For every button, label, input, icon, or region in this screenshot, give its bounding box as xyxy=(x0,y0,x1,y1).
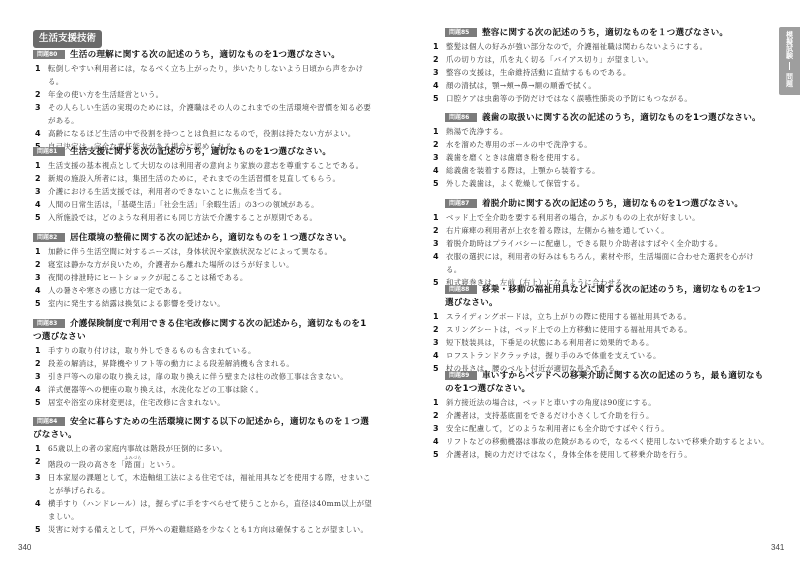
question-number-badge: 問題88 xyxy=(445,285,477,294)
answer-option: 4リフトなどの移動機器は事故の危険があるので，なるべく使用しないで移乗介助すると… xyxy=(431,435,769,448)
option-number: 4 xyxy=(433,250,439,263)
option-text: 人の暑さや寒さの感じ方は一定である。 xyxy=(48,286,186,295)
question-heading: 問題89車いすからベッドへの移乗介助に関する次の記述のうち，最も適切なものを1つ… xyxy=(431,370,767,396)
answer-option: 4顔の清拭は，顎→頬→鼻→額の順番で拭く。 xyxy=(431,79,769,92)
option-text: 災害に対する備えとして，戸外への避難経路を少なくとも1方向は確保することが望まし… xyxy=(48,525,368,534)
question-80: 問題80生活の理解に関する次の記述のうち，適切なものを1つ選びなさい。 1転倒し… xyxy=(33,49,373,153)
side-tab-label-top: 模擬試験 xyxy=(786,31,794,59)
option-text: 日本家屋の課題として，木造軸組工法による住宅では，福祉用具などを使用する際，せま… xyxy=(48,473,371,495)
option-number: 2 xyxy=(433,409,439,422)
answer-option: 4総義歯を装着する際は，上顎から装着する。 xyxy=(431,164,769,177)
option-text: 入所施設では，どのような利用者にも同じ方法で介護することが原則である。 xyxy=(48,213,317,222)
section-header: 生活支援技術 xyxy=(33,30,102,48)
option-text: 高齢になるほど生活の中で役割を持つことは負担になるので，役割は持たない方がよい。 xyxy=(48,129,355,138)
option-text: 口腔ケアは虫歯等の予防だけではなく誤嚥性肺炎の予防にもつながる。 xyxy=(446,94,692,103)
question-heading: 問題80生活の理解に関する次の記述のうち，適切なものを1つ選びなさい。 xyxy=(33,49,373,62)
answer-option: 5外した義歯は，よく乾燥して保管する。 xyxy=(431,177,769,190)
question-heading: 問題86義歯の取扱いに関する次の記述のうち，適切なものを1つ選びなさい。 xyxy=(431,112,767,125)
option-text: 熱湯で洗浄する。 xyxy=(446,127,508,136)
option-number: 2 xyxy=(433,224,439,237)
question-title: 居住環境の整備に関する次の記述から，適切なものを１つ選びなさい。 xyxy=(70,233,351,243)
ruby-base: 踏面 xyxy=(125,460,142,469)
option-number: 3 xyxy=(35,471,41,484)
answer-option: 1整髪は個人の好みが強い部分なので，介護福祉職は関わらないようにする。 xyxy=(431,40,769,53)
option-number: 1 xyxy=(433,211,439,224)
question-heading: 問題88移乗・移動の福祉用具などに関する次の記述のうち，適切なものを1つ選びなさ… xyxy=(431,284,767,310)
option-text: 転倒しやすい利用者には，なるべく立ち上がったり，歩いたりしないよう日頃から声をか… xyxy=(48,64,363,86)
option-number: 1 xyxy=(35,62,41,75)
option-text: 人間の日常生活は，「基礎生活」「社会生活」「余暇生活」の3つの領域がある。 xyxy=(48,200,319,209)
answer-option: 3義歯を磨くときは歯磨き粉を使用する。 xyxy=(431,151,769,164)
answer-option: 2スリングシートは，ベッド上での上方移動に使用する福祉用具である。 xyxy=(431,323,769,336)
answer-option: 1転倒しやすい利用者には，なるべく立ち上がったり，歩いたりしないよう日頃から声を… xyxy=(33,62,373,88)
question-title: 移乗・移動の福祉用具などに関する次の記述のうち，適切なものを1つ選びなさい。 xyxy=(445,285,761,308)
option-text: 顔の清拭は，顎→頬→鼻→額の順番で拭く。 xyxy=(446,81,596,90)
option-number: 1 xyxy=(433,40,439,53)
option-number: 3 xyxy=(35,101,41,114)
option-text: 生活支援の基本視点として大切なのは利用者の意向より家族の意志を尊重することである… xyxy=(48,161,363,170)
question-title: 安全に暮らすための生活環境に関する以下の記述から，適切なものを１つ選びなさい。 xyxy=(33,417,369,440)
answer-option: 3介護における生活支援では，利用者のできないことに焦点を当てる。 xyxy=(33,185,373,198)
answer-option: 3夜間の排泄時にヒートショックが起こることは稀である。 xyxy=(33,271,373,284)
option-text: 夜間の排泄時にヒートショックが起こることは稀である。 xyxy=(48,273,248,282)
answer-option: 5災害に対する備えとして，戸外への避難経路を少なくとも1方向は確保することが望ま… xyxy=(33,523,373,536)
answer-option: 2爪の切り方は，爪を丸く切る「バイアス切り」が望ましい。 xyxy=(431,53,769,66)
question-title: 生活の理解に関する次の記述のうち，適切なものを1つ選びなさい。 xyxy=(70,50,340,60)
option-number: 2 xyxy=(35,258,41,271)
answer-option: 3その人らしい生活の実現のためには，介護職はその人のこれまでの生活環境や習慣を知… xyxy=(33,101,373,127)
option-text: スライディングボードは，立ち上がりの際に使用する福祉用具である。 xyxy=(446,312,691,321)
option-number: 2 xyxy=(35,357,41,370)
question-number-badge: 問題84 xyxy=(33,417,65,426)
answer-option: 4高齢になるほど生活の中で役割を持つことは負担になるので，役割は持たない方がよい… xyxy=(33,127,373,140)
option-number: 1 xyxy=(35,344,41,357)
option-text: 整髪は個人の好みが強い部分なので，介護福祉職は関わらないようにする。 xyxy=(446,42,707,51)
option-text: 義歯を磨くときは歯磨き粉を使用する。 xyxy=(446,153,584,162)
option-number: 3 xyxy=(35,370,41,383)
option-text: ベッド上で全介助を要する利用者の場合，かぶりものの上衣が好ましい。 xyxy=(446,213,700,222)
option-number: 2 xyxy=(433,53,439,66)
question-85: 問題85整容に関する次の記述のうち，適切なものを１つ選びなさい。 1整髪は個人の… xyxy=(431,27,769,105)
answer-option: 1スライディングボードは，立ち上がりの際に使用する福祉用具である。 xyxy=(431,310,769,323)
option-text: 年金の使い方を生活経営という。 xyxy=(48,90,163,99)
option-text: 65歳以上の者の家庭内事故は階段が圧倒的に多い。 xyxy=(48,444,227,453)
page-number: 341 xyxy=(771,543,784,552)
answer-option: 3日本家屋の課題として，木造軸組工法による住宅では，福祉用具などを使用する際，せ… xyxy=(33,471,373,497)
option-text: リフトなどの移動機器は事故の危険があるので，なるべく使用しないで移乗介助するとよ… xyxy=(446,437,769,446)
option-number: 3 xyxy=(433,422,439,435)
option-number: 2 xyxy=(35,172,41,185)
option-text: 安全に配慮して，どのような利用者にも全介助ですばやく行う。 xyxy=(446,424,669,433)
question-heading: 問題85整容に関する次の記述のうち，適切なものを１つ選びなさい。 xyxy=(431,27,767,40)
question-number-badge: 問題87 xyxy=(445,199,477,208)
answer-option: 1加齢に伴う生活空間に対するニーズは，身体状況や家族状況などによって異なる。 xyxy=(33,245,373,258)
option-text: 洋式便器等への便座の取り換えは，水洗化などの工事は除く。 xyxy=(48,385,263,394)
option-number: 1 xyxy=(433,310,439,323)
answer-option: 3安全に配慮して，どのような利用者にも全介助ですばやく行う。 xyxy=(431,422,769,435)
option-number: 1 xyxy=(35,245,41,258)
right-page: 問題85整容に関する次の記述のうち，適切なものを１つ選びなさい。 1整髪は個人の… xyxy=(400,0,800,564)
option-text-post: 」という。 xyxy=(141,460,179,469)
question-heading: 問題83介護保険制度で利用できる住宅改修に関する次の記述から，適切なものを1つ選… xyxy=(33,318,373,344)
option-number: 3 xyxy=(35,271,41,284)
answer-option: 2新規の施設入所者には，集団生活のために，それまでの生活習慣を見直してもらう。 xyxy=(33,172,373,185)
question-title: 義歯の取扱いに関する次の記述のうち，適切なものを1つ選びなさい。 xyxy=(482,113,761,123)
option-text: 斜方接近法の場合は，ベッドと車いすの角度は90度にする。 xyxy=(446,398,656,407)
option-text: 外した義歯は，よく乾燥して保管する。 xyxy=(446,179,584,188)
question-title: 介護保険制度で利用できる住宅改修に関する次の記述から，適切なものを1つ選びなさい xyxy=(33,319,366,342)
question-title: 着脱介助に関する次の記述のうち，適切なものを1つ選びなさい。 xyxy=(482,199,743,209)
chapter-side-tab: 模擬試験 問題 xyxy=(779,27,800,95)
answer-option: 2介護者は，支持基底面をできるだけ小さくして介助を行う。 xyxy=(431,409,769,422)
option-number: 1 xyxy=(433,125,439,138)
option-number: 5 xyxy=(35,523,41,536)
left-page: 生活支援技術 問題80生活の理解に関する次の記述のうち，適切なものを1つ選びなさ… xyxy=(0,0,400,564)
option-text: 加齢に伴う生活空間に対するニーズは，身体状況や家族状況などによって異なる。 xyxy=(48,247,332,256)
option-number: 1 xyxy=(35,442,41,455)
option-text: スリングシートは，ベッド上での上方移動に使用する福祉用具である。 xyxy=(446,325,692,334)
option-text: 室内に発生する結露は換気による影響を受けない。 xyxy=(48,299,225,308)
option-text: 総義歯を装着する際は，上顎から装着する。 xyxy=(446,166,600,175)
question-number-badge: 問題86 xyxy=(445,113,477,122)
question-number-badge: 問題82 xyxy=(33,233,65,242)
option-number: 4 xyxy=(433,435,439,448)
question-81: 問題81生活支援に関する次の記述のうち，適切なものを1つ選びなさい。 1生活支援… xyxy=(33,146,373,224)
question-title: 整容に関する次の記述のうち，適切なものを１つ選びなさい。 xyxy=(482,28,728,38)
option-text: 寝室は静かな方が良いため，介護者から離れた場所のほうが好ましい。 xyxy=(48,260,294,269)
option-text: ロフストランドクラッチは，握り手のみで体重を支えている。 xyxy=(446,351,661,360)
option-text: 爪の切り方は，爪を丸く切る「バイアス切り」が望ましい。 xyxy=(446,55,653,64)
option-number: 2 xyxy=(35,455,41,468)
option-number: 5 xyxy=(35,396,41,409)
option-number: 2 xyxy=(433,138,439,151)
answer-option: 2右片麻痺の利用者が上衣を着る際は，左側から袖を通していく。 xyxy=(431,224,769,237)
option-text: 短下肢装具は，下垂足の状態にある利用者に効果的である。 xyxy=(446,338,654,347)
question-heading: 問題82居住環境の整備に関する次の記述から，適切なものを１つ選びなさい。 xyxy=(33,232,373,245)
option-text: 階段の一段の高さを「踏面ふみづら」という。 xyxy=(48,460,180,469)
question-89: 問題89車いすからベッドへの移乗介助に関する次の記述のうち，最も適切なものを1つ… xyxy=(431,370,769,461)
option-text: 手すりの取り付けは，取り外しできるものも含まれている。 xyxy=(48,346,256,355)
answer-option: 5室内に発生する結露は換気による影響を受けない。 xyxy=(33,297,373,310)
side-tab-label-bottom: 問題 xyxy=(786,73,794,87)
question-number-badge: 問題81 xyxy=(33,147,65,156)
option-number: 3 xyxy=(35,185,41,198)
option-number: 5 xyxy=(35,211,41,224)
answer-option: 165歳以上の者の家庭内事故は階段が圧倒的に多い。 xyxy=(33,442,373,455)
question-84: 問題84安全に暮らすための生活環境に関する以下の記述から，適切なものを１つ選びな… xyxy=(33,416,373,536)
question-number-badge: 問題89 xyxy=(445,371,477,380)
option-text: 右片麻痺の利用者が上衣を着る際は，左側から袖を通していく。 xyxy=(446,226,669,235)
option-number: 1 xyxy=(433,396,439,409)
option-number: 4 xyxy=(433,79,439,92)
question-87: 問題87着脱介助に関する次の記述のうち，適切なものを1つ選びなさい。 1ベッド上… xyxy=(431,198,769,289)
answer-option: 2階段の一段の高さを「踏面ふみづら」という。 xyxy=(33,455,373,471)
answer-option: 4人の暑さや寒さの感じ方は一定である。 xyxy=(33,284,373,297)
answer-option: 2段差の解消は，昇降機やリフト等の動力による段差解消機も含まれる。 xyxy=(33,357,373,370)
option-text: 着脱介助時はプライバシーに配慮し，できる限り介助者はすばやく全介助する。 xyxy=(446,239,723,248)
answer-option: 1手すりの取り付けは，取り外しできるものも含まれている。 xyxy=(33,344,373,357)
answer-option: 3引き戸等への扉の取り換えは，扉の取り換えに伴う壁または柱の改修工事は含まない。 xyxy=(33,370,373,383)
option-number: 3 xyxy=(433,151,439,164)
option-number: 3 xyxy=(433,237,439,250)
option-number: 1 xyxy=(35,159,41,172)
question-heading: 問題87着脱介助に関する次の記述のうち，適切なものを1つ選びなさい。 xyxy=(431,198,767,211)
option-number: 5 xyxy=(433,92,439,105)
answer-option: 4ロフストランドクラッチは，握り手のみで体重を支えている。 xyxy=(431,349,769,362)
question-number-badge: 問題80 xyxy=(33,50,65,59)
question-heading: 問題84安全に暮らすための生活環境に関する以下の記述から，適切なものを１つ選びな… xyxy=(33,416,373,442)
option-number: 5 xyxy=(433,448,439,461)
option-text: 介護における生活支援では，利用者のできないことに焦点を当てる。 xyxy=(48,187,286,196)
answer-option: 1ベッド上で全介助を要する利用者の場合，かぶりものの上衣が好ましい。 xyxy=(431,211,769,224)
answer-option: 5居室や浴室の床材変更は，住宅改修に含まれない。 xyxy=(33,396,373,409)
option-number: 5 xyxy=(433,177,439,190)
answer-option: 5入所施設では，どのような利用者にも同じ方法で介護することが原則である。 xyxy=(33,211,373,224)
answer-option: 3短下肢装具は，下垂足の状態にある利用者に効果的である。 xyxy=(431,336,769,349)
furigana-word: 踏面ふみづら xyxy=(125,460,141,469)
question-86: 問題86義歯の取扱いに関する次の記述のうち，適切なものを1つ選びなさい。 1熱湯… xyxy=(431,112,769,190)
answer-option: 5口腔ケアは虫歯等の予防だけではなく誤嚥性肺炎の予防にもつながる。 xyxy=(431,92,769,105)
answer-option: 4洋式便器等への便座の取り換えは，水洗化などの工事は除く。 xyxy=(33,383,373,396)
answer-option: 3整容の支援は，生命維持活動に直結するものである。 xyxy=(431,66,769,79)
option-text-pre: 階段の一段の高さを「 xyxy=(48,460,125,469)
answer-option: 4衣服の選択には，利用者の好みはもちろん，素材や形，生活場面に合わせた選択を心が… xyxy=(431,250,769,276)
option-number: 4 xyxy=(433,349,439,362)
answer-option: 1生活支援の基本視点として大切なのは利用者の意向より家族の意志を尊重することであ… xyxy=(33,159,373,172)
option-text: 整容の支援は，生命維持活動に直結するものである。 xyxy=(446,68,631,77)
option-number: 2 xyxy=(35,88,41,101)
question-number-badge: 問題83 xyxy=(33,319,65,328)
option-text: 居室や浴室の床材変更は，住宅改修に含まれない。 xyxy=(48,398,225,407)
answer-option: 5介護者は，腕の力だけではなく，身体全体を使用して移乗介助を行う。 xyxy=(431,448,769,461)
question-88: 問題88移乗・移動の福祉用具などに関する次の記述のうち，適切なものを1つ選びなさ… xyxy=(431,284,769,375)
answer-option: 2水を溜めた専用のボールの中で洗浄する。 xyxy=(431,138,769,151)
option-text: 介護者は，支持基底面をできるだけ小さくして介助を行う。 xyxy=(446,411,654,420)
answer-option: 1斜方接近法の場合は，ベッドと車いすの角度は90度にする。 xyxy=(431,396,769,409)
option-number: 3 xyxy=(433,66,439,79)
answer-option: 1熱湯で洗浄する。 xyxy=(431,125,769,138)
option-text: その人らしい生活の実現のためには，介護職はその人のこれまでの生活環境や習慣を知る… xyxy=(48,103,371,125)
option-number: 3 xyxy=(433,336,439,349)
question-83: 問題83介護保険制度で利用できる住宅改修に関する次の記述から，適切なものを1つ選… xyxy=(33,318,373,409)
question-heading: 問題81生活支援に関する次の記述のうち，適切なものを1つ選びなさい。 xyxy=(33,146,373,159)
option-number: 5 xyxy=(35,297,41,310)
answer-option: 3着脱介助時はプライバシーに配慮し，できる限り介助者はすばやく全介助する。 xyxy=(431,237,769,250)
answer-option: 2年金の使い方を生活経営という。 xyxy=(33,88,373,101)
option-number: 4 xyxy=(35,127,41,140)
option-text: 介護者は，腕の力だけではなく，身体全体を使用して移乗介助を行う。 xyxy=(446,450,692,459)
question-82: 問題82居住環境の整備に関する次の記述から，適切なものを１つ選びなさい。 1加齢… xyxy=(33,232,373,310)
option-number: 4 xyxy=(35,497,41,510)
option-number: 4 xyxy=(35,383,41,396)
ruby-reading: ふみづら xyxy=(125,455,142,460)
option-text: 引き戸等への扉の取り換えは，扉の取り換えに伴う壁または柱の改修工事は含まない。 xyxy=(48,372,348,381)
option-number: 4 xyxy=(433,164,439,177)
side-tab-divider xyxy=(789,62,790,70)
option-text: 衣服の選択には，利用者の好みはもちろん，素材や形，生活場面に合わせた選択を心がけ… xyxy=(446,252,754,274)
question-number-badge: 問題85 xyxy=(445,28,477,37)
option-text: 新規の施設入所者には，集団生活のために，それまでの生活習慣を見直してもらう。 xyxy=(48,174,340,183)
answer-option: 4人間の日常生活は，「基礎生活」「社会生活」「余暇生活」の3つの領域がある。 xyxy=(33,198,373,211)
answer-option: 4横手すり（ハンドレール）は，握らずに手をすべらせて使うことから，直径は40mm… xyxy=(33,497,373,523)
question-title: 車いすからベッドへの移乗介助に関する次の記述のうち，最も適切なものを1つ選びなさ… xyxy=(445,371,763,394)
option-number: 4 xyxy=(35,284,41,297)
option-text: 横手すり（ハンドレール）は，握らずに手をすべらせて使うことから，直径は40mm以… xyxy=(48,499,372,521)
option-number: 2 xyxy=(433,323,439,336)
option-text: 段差の解消は，昇降機やリフト等の動力による段差解消機も含まれる。 xyxy=(48,359,294,368)
page-number: 340 xyxy=(18,543,31,552)
question-title: 生活支援に関する次の記述のうち，適切なものを1つ選びなさい。 xyxy=(70,147,331,157)
answer-option: 2寝室は静かな方が良いため，介護者から離れた場所のほうが好ましい。 xyxy=(33,258,373,271)
option-number: 4 xyxy=(35,198,41,211)
option-text: 水を溜めた専用のボールの中で洗浄する。 xyxy=(446,140,592,149)
